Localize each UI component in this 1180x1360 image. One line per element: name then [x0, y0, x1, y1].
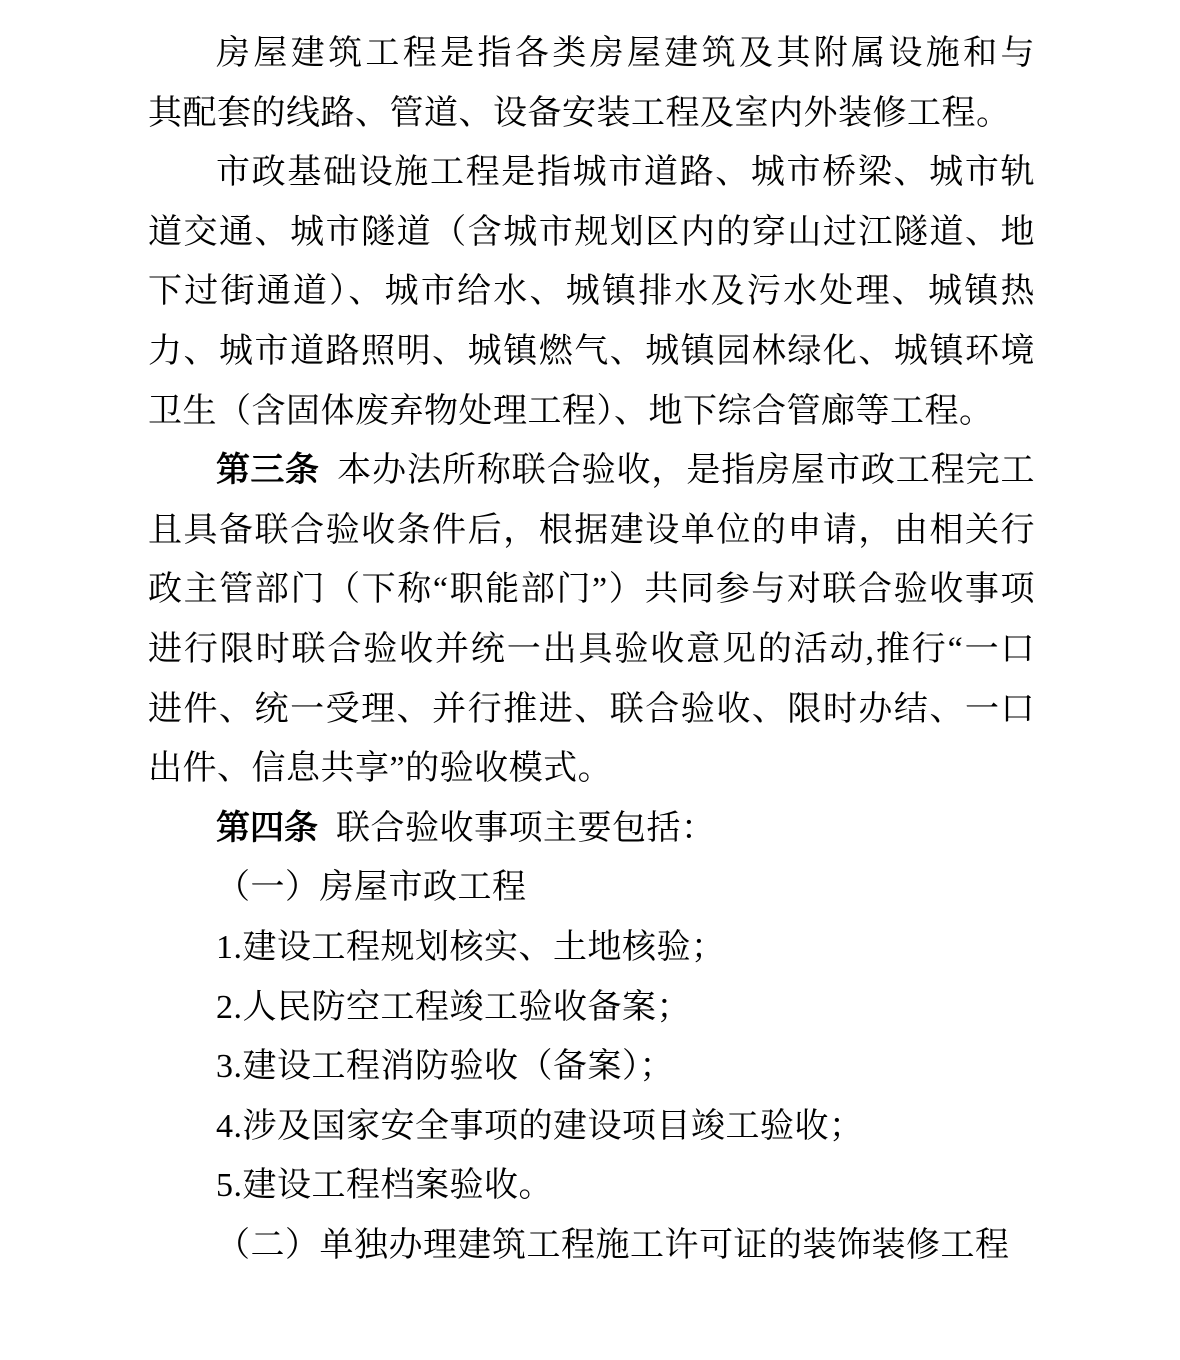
- list-item: 4.涉及国家安全事项的建设项目竣工验收；: [148, 1097, 1035, 1157]
- text-line: 道交通、城市隧道（含城市规划区内的穿山过江隧道、地: [148, 203, 1035, 263]
- line-text: 进行限时联合验收并统一出具验收意见的活动,推行“一口: [148, 631, 1035, 668]
- list-item: 1.建设工程规划核实、土地核验；: [148, 918, 1035, 978]
- line-text: 房屋建筑工程是指各类房屋建筑及其附属设施和与: [216, 35, 1035, 72]
- line-text: 4.涉及国家安全事项的建设项目竣工验收；: [216, 1108, 864, 1145]
- list-item: 2.人民防空工程竣工验收备案；: [148, 978, 1035, 1038]
- text-line: 房屋建筑工程是指各类房屋建筑及其附属设施和与: [148, 24, 1035, 84]
- list-item: （二）单独办理建筑工程施工许可证的装饰装修工程: [148, 1216, 1035, 1276]
- line-text: 且具备联合验收条件后，根据建设单位的申请，由相关行: [148, 512, 1035, 549]
- document-page: 房屋建筑工程是指各类房屋建筑及其附属设施和与 其配套的线路、管道、设备安装工程及…: [0, 0, 1180, 1360]
- line-text: 本办法所称联合验收，是指房屋市政工程完工: [337, 452, 1035, 489]
- text-line: 卫生（含固体废弃物处理工程）、地下综合管廊等工程。: [148, 382, 1035, 442]
- article-3-first-line: 第三条本办法所称联合验收，是指房屋市政工程完工: [148, 441, 1035, 501]
- line-text: （二）单独办理建筑工程施工许可证的装饰装修工程: [216, 1227, 1010, 1264]
- line-text: 力、城市道路照明、城镇燃气、城镇园林绿化、城镇环境: [148, 333, 1035, 370]
- list-item: 5.建设工程档案验收。: [148, 1156, 1035, 1216]
- line-text: 政主管部门（下称“职能部门”）共同参与对联合验收事项: [148, 571, 1035, 608]
- text-line: 市政基础设施工程是指城市道路、城市桥梁、城市轨: [148, 143, 1035, 203]
- line-text: 3.建设工程消防验收（备案）；: [216, 1048, 674, 1085]
- article-number: 第三条: [216, 451, 319, 489]
- text-line: 且具备联合验收条件后，根据建设单位的申请，由相关行: [148, 501, 1035, 561]
- line-text: 联合验收事项主要包括：: [336, 810, 716, 847]
- line-text: （一）房屋市政工程: [216, 869, 527, 906]
- article-number: 第四条: [216, 809, 318, 847]
- line-text: 道交通、城市隧道（含城市规划区内的穿山过江隧道、地: [148, 214, 1035, 251]
- list-item: （一）房屋市政工程: [148, 858, 1035, 918]
- line-text: 2.人民防空工程竣工验收备案；: [216, 989, 691, 1026]
- line-text: 卫生（含固体废弃物处理工程）、地下综合管廊等工程。: [148, 393, 994, 430]
- article-4-first-line: 第四条联合验收事项主要包括：: [148, 799, 1035, 859]
- line-text: 下过街通道）、城市给水、城镇排水及污水处理、城镇热: [148, 273, 1035, 310]
- line-text: 其配套的线路、管道、设备安装工程及室内外装修工程。: [148, 95, 1011, 132]
- line-text: 1.建设工程规划核实、土地核验；: [216, 929, 726, 966]
- text-line: 下过街通道）、城市给水、城镇排水及污水处理、城镇热: [148, 262, 1035, 322]
- line-text: 进件、统一受理、并行推进、联合验收、限时办结、一口: [148, 691, 1035, 728]
- text-line: 出件、信息共享”的验收模式。: [148, 739, 1035, 799]
- line-text: 市政基础设施工程是指城市道路、城市桥梁、城市轨: [216, 154, 1035, 191]
- line-text: 出件、信息共享”的验收模式。: [148, 750, 612, 787]
- text-line: 进行限时联合验收并统一出具验收意见的活动,推行“一口: [148, 620, 1035, 680]
- list-item: 3.建设工程消防验收（备案）；: [148, 1037, 1035, 1097]
- text-line: 进件、统一受理、并行推进、联合验收、限时办结、一口: [148, 680, 1035, 740]
- text-line: 力、城市道路照明、城镇燃气、城镇园林绿化、城镇环境: [148, 322, 1035, 382]
- line-text: 5.建设工程档案验收。: [216, 1167, 553, 1204]
- text-line: 其配套的线路、管道、设备安装工程及室内外装修工程。: [148, 84, 1035, 144]
- text-line: 政主管部门（下称“职能部门”）共同参与对联合验收事项: [148, 560, 1035, 620]
